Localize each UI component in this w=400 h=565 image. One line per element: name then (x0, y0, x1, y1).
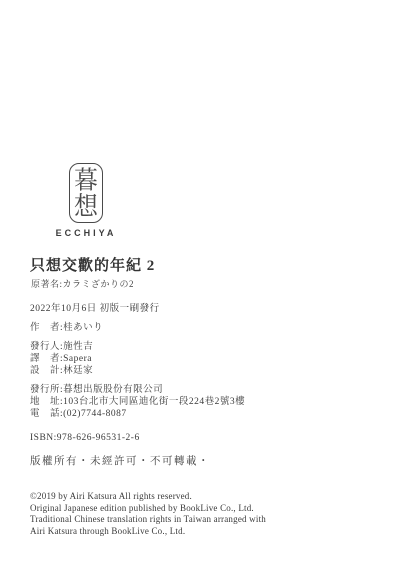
copyright-line: Airi Katsura through BookLive Co., Ltd. (30, 526, 266, 538)
colophon-page: 暮 想 ECCHIYA 只想交歡的年紀 2 原著名:カラミざかりの2 2022年… (0, 0, 400, 565)
print-edition-line: 2022年10月6日 初版一刷發行 (30, 303, 160, 315)
original-title: 原著名:カラミざかりの2 (31, 277, 134, 290)
copyright-block: ©2019 by Airi Katsura All rights reserve… (30, 491, 266, 537)
translator-line: 譯 者:Sapera (30, 353, 93, 365)
publisher-company-line: 發行所:暮想出版股份有限公司 (30, 384, 245, 396)
book-title: 只想交歡的年紀 2 (30, 254, 155, 275)
seal-char-top: 暮 (74, 167, 98, 194)
copyright-line: Traditional Chinese translation rights i… (30, 514, 266, 526)
publisher-person-line: 發行人:施性吉 (30, 341, 93, 353)
isbn-line: ISBN:978-626-96531-2-6 (30, 432, 140, 444)
copyright-line: Original Japanese edition published by B… (30, 503, 266, 515)
brand-name: ECCHIYA (46, 228, 126, 238)
rights-notice: 版權所有・未經許可・不可轉載・ (30, 453, 210, 468)
publisher-info-block: 發行所:暮想出版股份有限公司 地 址:103台北市大同區迪化街一段224巷2號3… (30, 384, 245, 420)
seal-char-bottom: 想 (74, 193, 98, 220)
address-line: 地 址:103台北市大同區迪化街一段224巷2號3樓 (30, 396, 245, 408)
copyright-line: ©2019 by Airi Katsura All rights reserve… (30, 491, 266, 503)
designer-line: 設 計:林廷家 (30, 365, 93, 377)
seal-logo-icon: 暮 想 (69, 163, 103, 223)
author-line: 作 者:桂あいり (30, 322, 103, 334)
staff-credits-block: 發行人:施性吉 譯 者:Sapera 設 計:林廷家 (30, 341, 93, 377)
publisher-logo: 暮 想 ECCHIYA (46, 163, 126, 238)
phone-line: 電 話:(02)7744-8087 (30, 408, 245, 420)
